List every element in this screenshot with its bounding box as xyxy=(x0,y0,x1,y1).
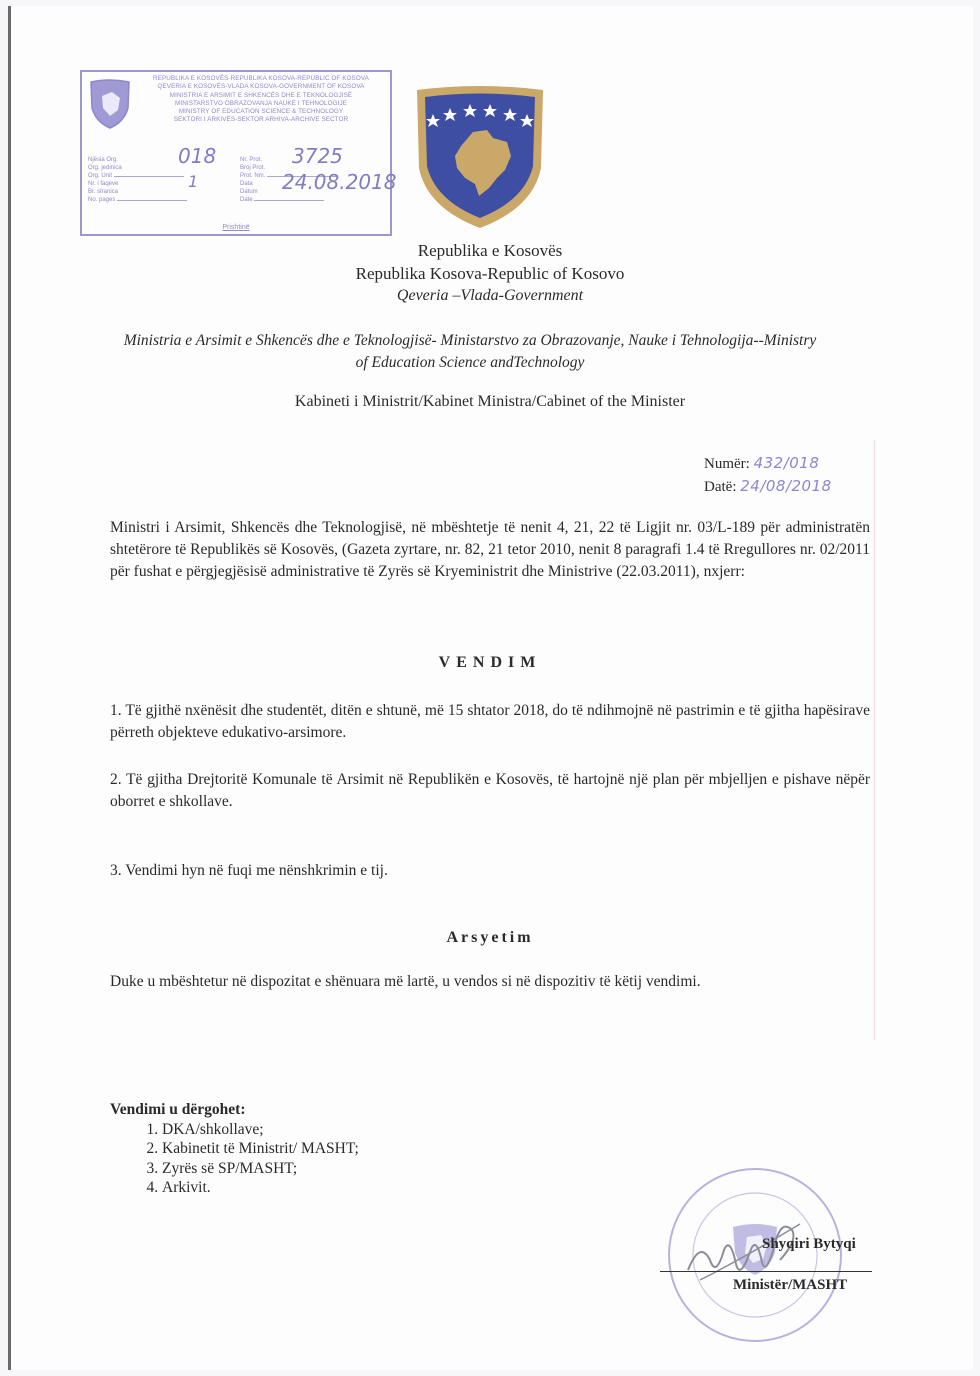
stamp-pages: 1 xyxy=(188,178,198,186)
signatory-title: Ministër/MASHT xyxy=(733,1277,847,1294)
kosovo-emblem-icon xyxy=(88,78,132,130)
decision-title: VENDIM xyxy=(0,654,980,672)
decision-item-2: 2. Të gjitha Drejtoritë Komunale të Arsi… xyxy=(110,769,870,813)
recipient-item: Kabinetit të Ministrit/ MASHT; xyxy=(162,1139,359,1159)
scan-artifact-line xyxy=(874,440,875,1040)
date-value: 24/08/2018 xyxy=(740,477,831,495)
registry-stamp: Republika e Kosovës-Republika Kosova-Rep… xyxy=(80,70,392,236)
stamp-org-unit: 018 xyxy=(178,152,216,160)
header-ministry: Ministria e Arsimit e Shkencës dhe e Tek… xyxy=(120,330,820,374)
decision-item-3: 3. Vendimi hyn në fuqi me nënshkrimin e … xyxy=(110,860,870,882)
reasoning-paragraph: Duke u mbështetur në dispozitat e shënua… xyxy=(110,971,870,993)
signatory-name: Shyqiri Bytyqi xyxy=(762,1236,856,1253)
header-cabinet: Kabineti i Ministrit/Kabinet Ministra/Ca… xyxy=(0,393,980,411)
distribution-label: Vendimi u dërgohet: xyxy=(110,1100,359,1120)
signature-line xyxy=(660,1271,872,1272)
date-label: Datë: xyxy=(704,479,736,495)
stamp-date: 24.08.2018 xyxy=(282,178,397,186)
stamp-header: Republika e Kosovës-Republika Kosova-Rep… xyxy=(136,75,386,125)
coat-of-arms-icon xyxy=(413,84,547,230)
header-government: Qeveria –Vlada-Government xyxy=(0,287,980,305)
intro-paragraph: Ministri i Arsimit, Shkencës dhe Teknolo… xyxy=(110,517,870,583)
distribution-list: Vendimi u dërgohet: DKA/shkollave; Kabin… xyxy=(110,1100,359,1198)
reasoning-title: Arsyetim xyxy=(0,929,980,947)
decision-item-1: 1. Të gjithë nxënësit dhe studentët, dit… xyxy=(110,700,870,744)
header-republic-multilingual: Republika Kosova-Republic of Kosovo xyxy=(0,264,980,284)
number-value: 432/018 xyxy=(754,454,820,472)
stamp-footer: Prishtinë xyxy=(82,224,390,231)
stamp-prot-number: 3725 xyxy=(292,152,343,160)
document-reference: Numër: 432/018 Datë: 24/08/2018 xyxy=(704,452,832,498)
recipient-item: Arkivit. xyxy=(162,1178,359,1198)
recipient-item: Zyrës së SP/MASHT; xyxy=(162,1159,359,1179)
recipient-item: DKA/shkollave; xyxy=(162,1120,359,1140)
number-label: Numër: xyxy=(704,456,750,472)
header-republic: Republika e Kosovës xyxy=(0,241,980,261)
